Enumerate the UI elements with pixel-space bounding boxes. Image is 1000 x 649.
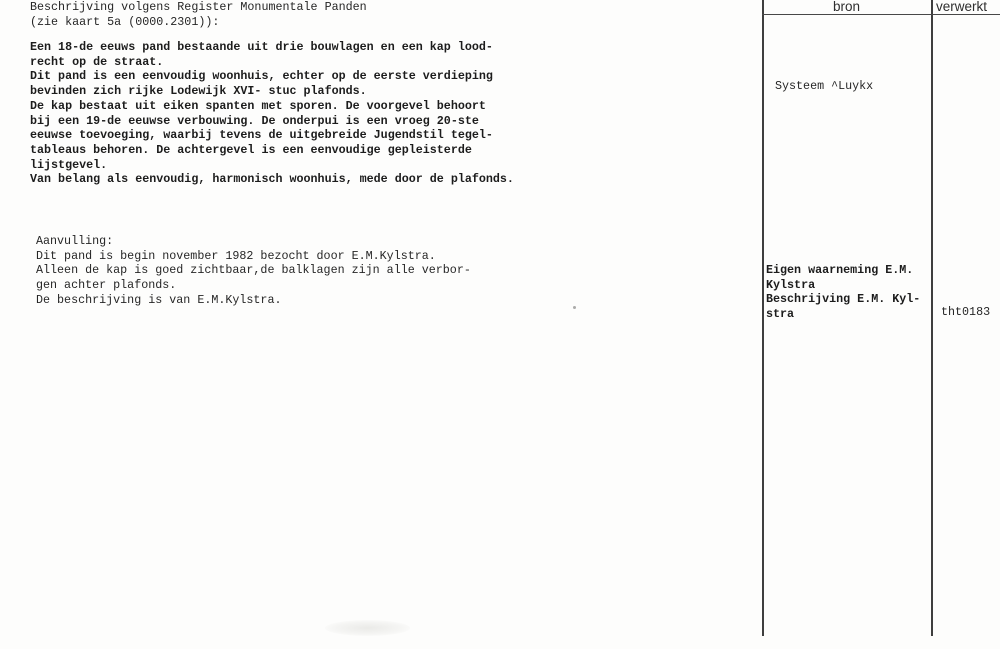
verwerkt-entry-code: tht0183	[941, 305, 990, 320]
bron-entry-kylstra: Eigen waarneming E.M. Kylstra Beschrijvi…	[766, 263, 920, 322]
bron-entry-systeem-luykx: Systeem ^Luykx	[775, 79, 873, 94]
column-header-bron: bron	[762, 0, 931, 14]
scanned-document-page: Beschrijving volgens Register Monumental…	[0, 0, 1000, 649]
document-title: Beschrijving volgens Register Monumental…	[30, 0, 367, 29]
description-paragraph: Een 18-de eeuws pand bestaande uit drie …	[30, 40, 514, 187]
column-header-verwerkt: verwerkt	[936, 0, 987, 14]
table-divider-right	[931, 0, 933, 636]
table-divider-left	[762, 0, 764, 636]
addendum-paragraph: Aanvulling: Dit pand is begin november 1…	[36, 234, 471, 308]
scan-artifact-dot	[573, 306, 576, 309]
scan-artifact-smudge	[325, 620, 410, 636]
